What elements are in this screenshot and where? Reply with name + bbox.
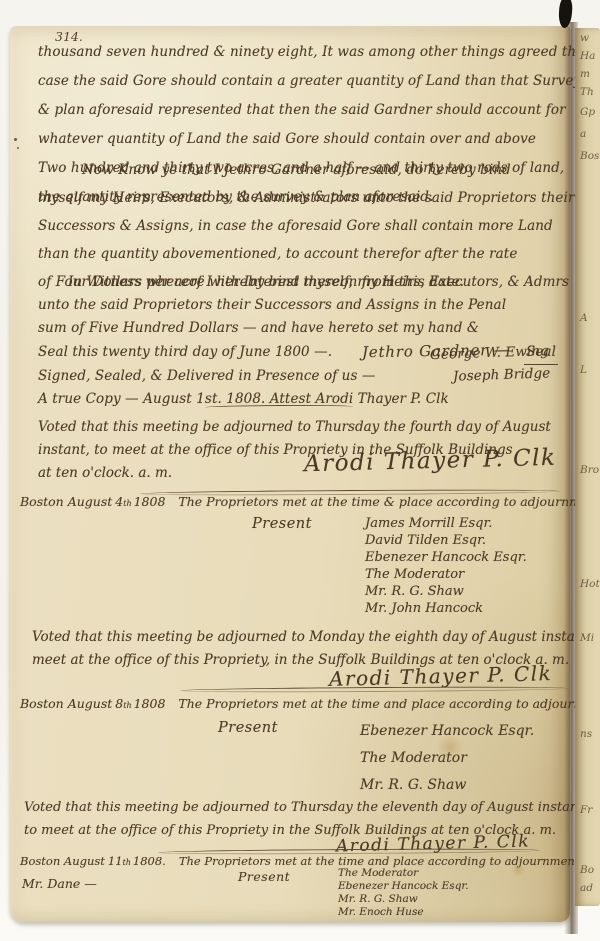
facing-text-fragment: Mi [580, 632, 594, 644]
paper-stain [435, 736, 465, 758]
attendee: The Moderator [365, 566, 527, 583]
meeting-year: 1808 [134, 696, 166, 711]
facing-text-fragment: L [580, 364, 587, 376]
manuscript-line: thousand seven hundred & ninety eight, I… [38, 38, 558, 67]
attendee: Ebenezer Hancock Esqr. [338, 880, 469, 893]
meeting-record-aug4: Boston August 4th 1808 The Proprietors m… [20, 494, 560, 624]
scanned-manuscript: 314. thousand seven hundred & ninety eig… [0, 0, 600, 941]
facing-text-fragment: A [580, 312, 588, 324]
meeting-place-date: Boston August [20, 494, 112, 509]
manuscript-line: Successors & Assigns, in case the afores… [38, 212, 558, 240]
facing-text-fragment: Bo [580, 864, 594, 876]
manuscript-line: myself my Heirs, Executors, & Administra… [38, 184, 558, 212]
paper-stain [510, 864, 526, 876]
present-label: Present [252, 516, 312, 532]
attendee: Ebenezer Hancock Esqr. [365, 549, 527, 566]
manuscript-line: Seal this twenty third day of June 1800 … [38, 341, 332, 364]
vote-record-aug11: Voted that this meeting be adjourned to … [24, 796, 558, 848]
facing-text-fragment: ns [580, 728, 592, 740]
meeting-record-aug8: Boston August 8th 1808 The Proprietors m… [20, 696, 560, 792]
facing-text-fragment: m [580, 68, 590, 80]
facing-text-fragment: Gp [580, 106, 595, 118]
facing-text-fragment: Bro [580, 464, 599, 476]
vote-line: Voted that this meeting be adjourned to … [32, 626, 558, 649]
present-label: Present [238, 869, 290, 884]
manuscript-line: case the said Gore should contain a grea… [38, 67, 558, 96]
facing-page-edge: w Ha m Th Gp a Bost A L Bro Hot Mi ns Fr… [575, 28, 600, 906]
bond-witness-paragraph: In Witness whereof I hereby bind myself,… [38, 271, 558, 411]
manuscript-page: 314. thousand seven hundred & ninety eig… [10, 26, 570, 922]
attendee: Mr. R. G. Shaw [338, 893, 469, 906]
attendee: Mr. John Hancock [365, 600, 527, 617]
facing-text-fragment: Hot [580, 578, 600, 590]
attendee: The Moderator [338, 867, 469, 880]
facing-text-fragment: Bost [580, 150, 600, 162]
attendee: Mr. R. G. Shaw [360, 772, 534, 799]
present-label: Present [218, 720, 278, 736]
meeting-heading: The Proprietors met at the time and plac… [178, 696, 600, 711]
facing-text-fragment: Ha [580, 50, 595, 62]
facing-text-fragment: Th [580, 86, 594, 98]
attendee: Mr. R. G. Shaw [365, 583, 527, 600]
attendee: Mr. Enoch Huse [338, 906, 469, 919]
attendee: David Tilden Esqr. [365, 532, 527, 549]
attendee-list: James Morrill Esqr. David Tilden Esqr. E… [365, 515, 527, 617]
meeting-record-aug11: Boston August 11th 1808. The Proprietors… [20, 854, 560, 918]
manuscript-line: than the quantity abovementioned, to acc… [38, 240, 558, 268]
day-ordinal: th [123, 858, 131, 867]
manuscript-line: Now Know ye that I Jethro Gardner afores… [38, 156, 558, 184]
meeting-day: 11 [108, 854, 123, 868]
facing-text-fragment: w [580, 32, 589, 44]
vote-line: Voted that this meeting be adjourned to … [38, 416, 558, 439]
attendee-list: Ebenezer Hancock Esqr. The Moderator Mr.… [360, 718, 534, 799]
manuscript-line: unto the said Proprietors their Successo… [38, 294, 558, 317]
vote-record-aug8: Voted that this meeting be adjourned to … [32, 626, 558, 688]
margin-note-dane: Mr. Dane — [22, 876, 97, 891]
ink-speck [14, 138, 17, 141]
meeting-place-date: Boston August [20, 696, 112, 711]
facing-text-fragment: a [580, 128, 586, 140]
meeting-place-date: Boston August [20, 854, 105, 868]
witness-signature-bridge: Joseph Bridge [453, 365, 551, 384]
attendee: James Morrill Esqr. [365, 515, 527, 532]
ink-speck [17, 147, 19, 149]
vote-line: Voted that this meeting be adjourned to … [24, 796, 558, 819]
facing-text-fragment: ad [580, 882, 593, 894]
meeting-year: 1808. [133, 854, 166, 868]
manuscript-line: sum of Five Hundred Dollars — and have h… [38, 317, 558, 340]
meeting-dateline: Boston August 8th 1808 The Proprietors m… [20, 696, 560, 711]
meeting-dateline: Boston August 11th 1808. The Proprietors… [20, 854, 560, 868]
day-ordinal: th [123, 701, 131, 710]
attendee-list: The Moderator Ebenezer Hancock Esqr. Mr.… [338, 867, 469, 919]
facing-text-fragment: Fr [580, 804, 592, 816]
manuscript-line: whatever quantity of Land the said Gore … [38, 125, 558, 154]
day-ordinal: th [123, 499, 131, 508]
meeting-heading: The Proprietors met at the time & place … [178, 494, 600, 509]
manuscript-line: & plan aforesaid represented that then t… [38, 96, 558, 125]
meeting-year: 1808 [134, 494, 166, 509]
meeting-dateline: Boston August 4th 1808 The Proprietors m… [20, 494, 560, 509]
manuscript-line: In Witness whereof I hereby bind myself,… [38, 271, 558, 294]
